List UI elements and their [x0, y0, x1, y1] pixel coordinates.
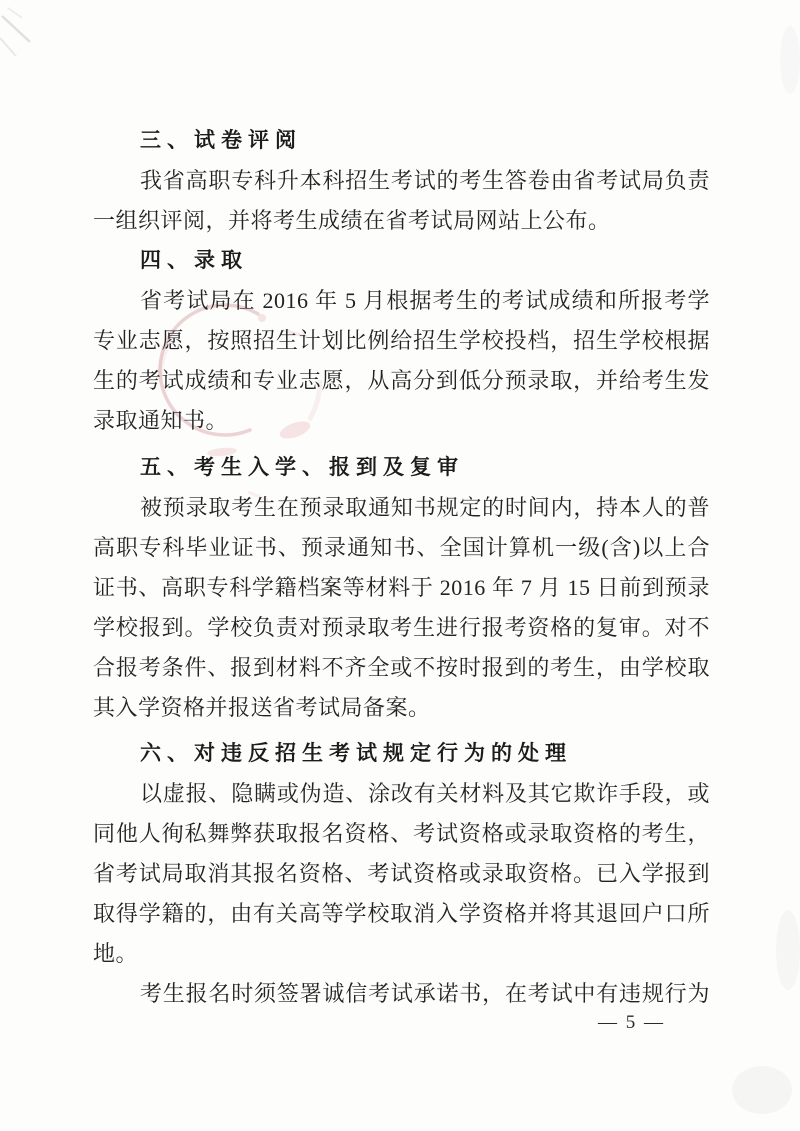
body-text-line: 合报考条件、报到材料不齐全或不按时报到的考生，由学校取消: [93, 648, 710, 688]
body-text-line: 省考试局在 2016 年 5 月根据考生的考试成绩和所报考学校的: [93, 281, 710, 321]
body-text-line: 地。: [93, 934, 710, 974]
page-number: — 5 —: [0, 1012, 665, 1034]
body-text-line: 生的考试成绩和专业志愿，从高分到低分预录取，并给考生发预: [93, 361, 710, 401]
body-text-line: 取得学籍的，由有关高等学校取消入学资格并将其退回户口所在: [93, 894, 710, 934]
body-text-line: 学校报到。学校负责对预录取考生进行报考资格的复审。对不符: [93, 608, 710, 648]
body-text-line: 一组织评阅，并将考生成绩在省考试局网站上公布。: [93, 201, 710, 241]
scan-noise-topleft: [0, 8, 30, 56]
section-heading: 六、对违反招生考试规定行为的处理: [93, 734, 710, 774]
body-text-line: 专业志愿，按照招生计划比例给招生学校投档，招生学校根据考: [93, 321, 710, 361]
body-text-line: 被预录取考生在预录取通知书规定的时间内，持本人的普通: [93, 488, 710, 528]
document-body: 三、试卷评阅我省高职专科升本科招生考试的考生答卷由省考试局负责统一组织评阅，并将…: [93, 121, 710, 1014]
section-heading: 五、考生入学、报到及复审: [93, 448, 710, 488]
body-text-line: 省考试局取消其报名资格、考试资格或录取资格。已入学报到或: [93, 854, 710, 894]
body-text-line: 证书、高职专科学籍档案等材料于 2016 年 7 月 15 日前到预录取: [93, 568, 710, 608]
section-heading: 三、试卷评阅: [93, 121, 710, 161]
body-text-line: 其入学资格并报送省考试局备案。: [93, 688, 710, 728]
document-page: 三、试卷评阅我省高职专科升本科招生考试的考生答卷由省考试局负责统一组织评阅，并将…: [0, 0, 800, 1131]
scan-noise-bottomright: [732, 26, 800, 1114]
body-text-line: 以虚报、隐瞒或伪造、涂改有关材料及其它欺诈手段，或伙: [93, 774, 710, 814]
body-text-line: 我省高职专科升本科招生考试的考生答卷由省考试局负责统: [93, 161, 710, 201]
body-text-line: 录取通知书。: [93, 401, 710, 441]
section-heading: 四、录取: [93, 241, 710, 281]
body-text-line: 考生报名时须签署诚信考试承诺书，在考试中有违规行为的，: [93, 974, 710, 1014]
body-text-line: 高职专科毕业证书、预录通知书、全国计算机一级(含)以上合格: [93, 528, 710, 568]
body-text-line: 同他人徇私舞弊获取报名资格、考试资格或录取资格的考生，由: [93, 814, 710, 854]
